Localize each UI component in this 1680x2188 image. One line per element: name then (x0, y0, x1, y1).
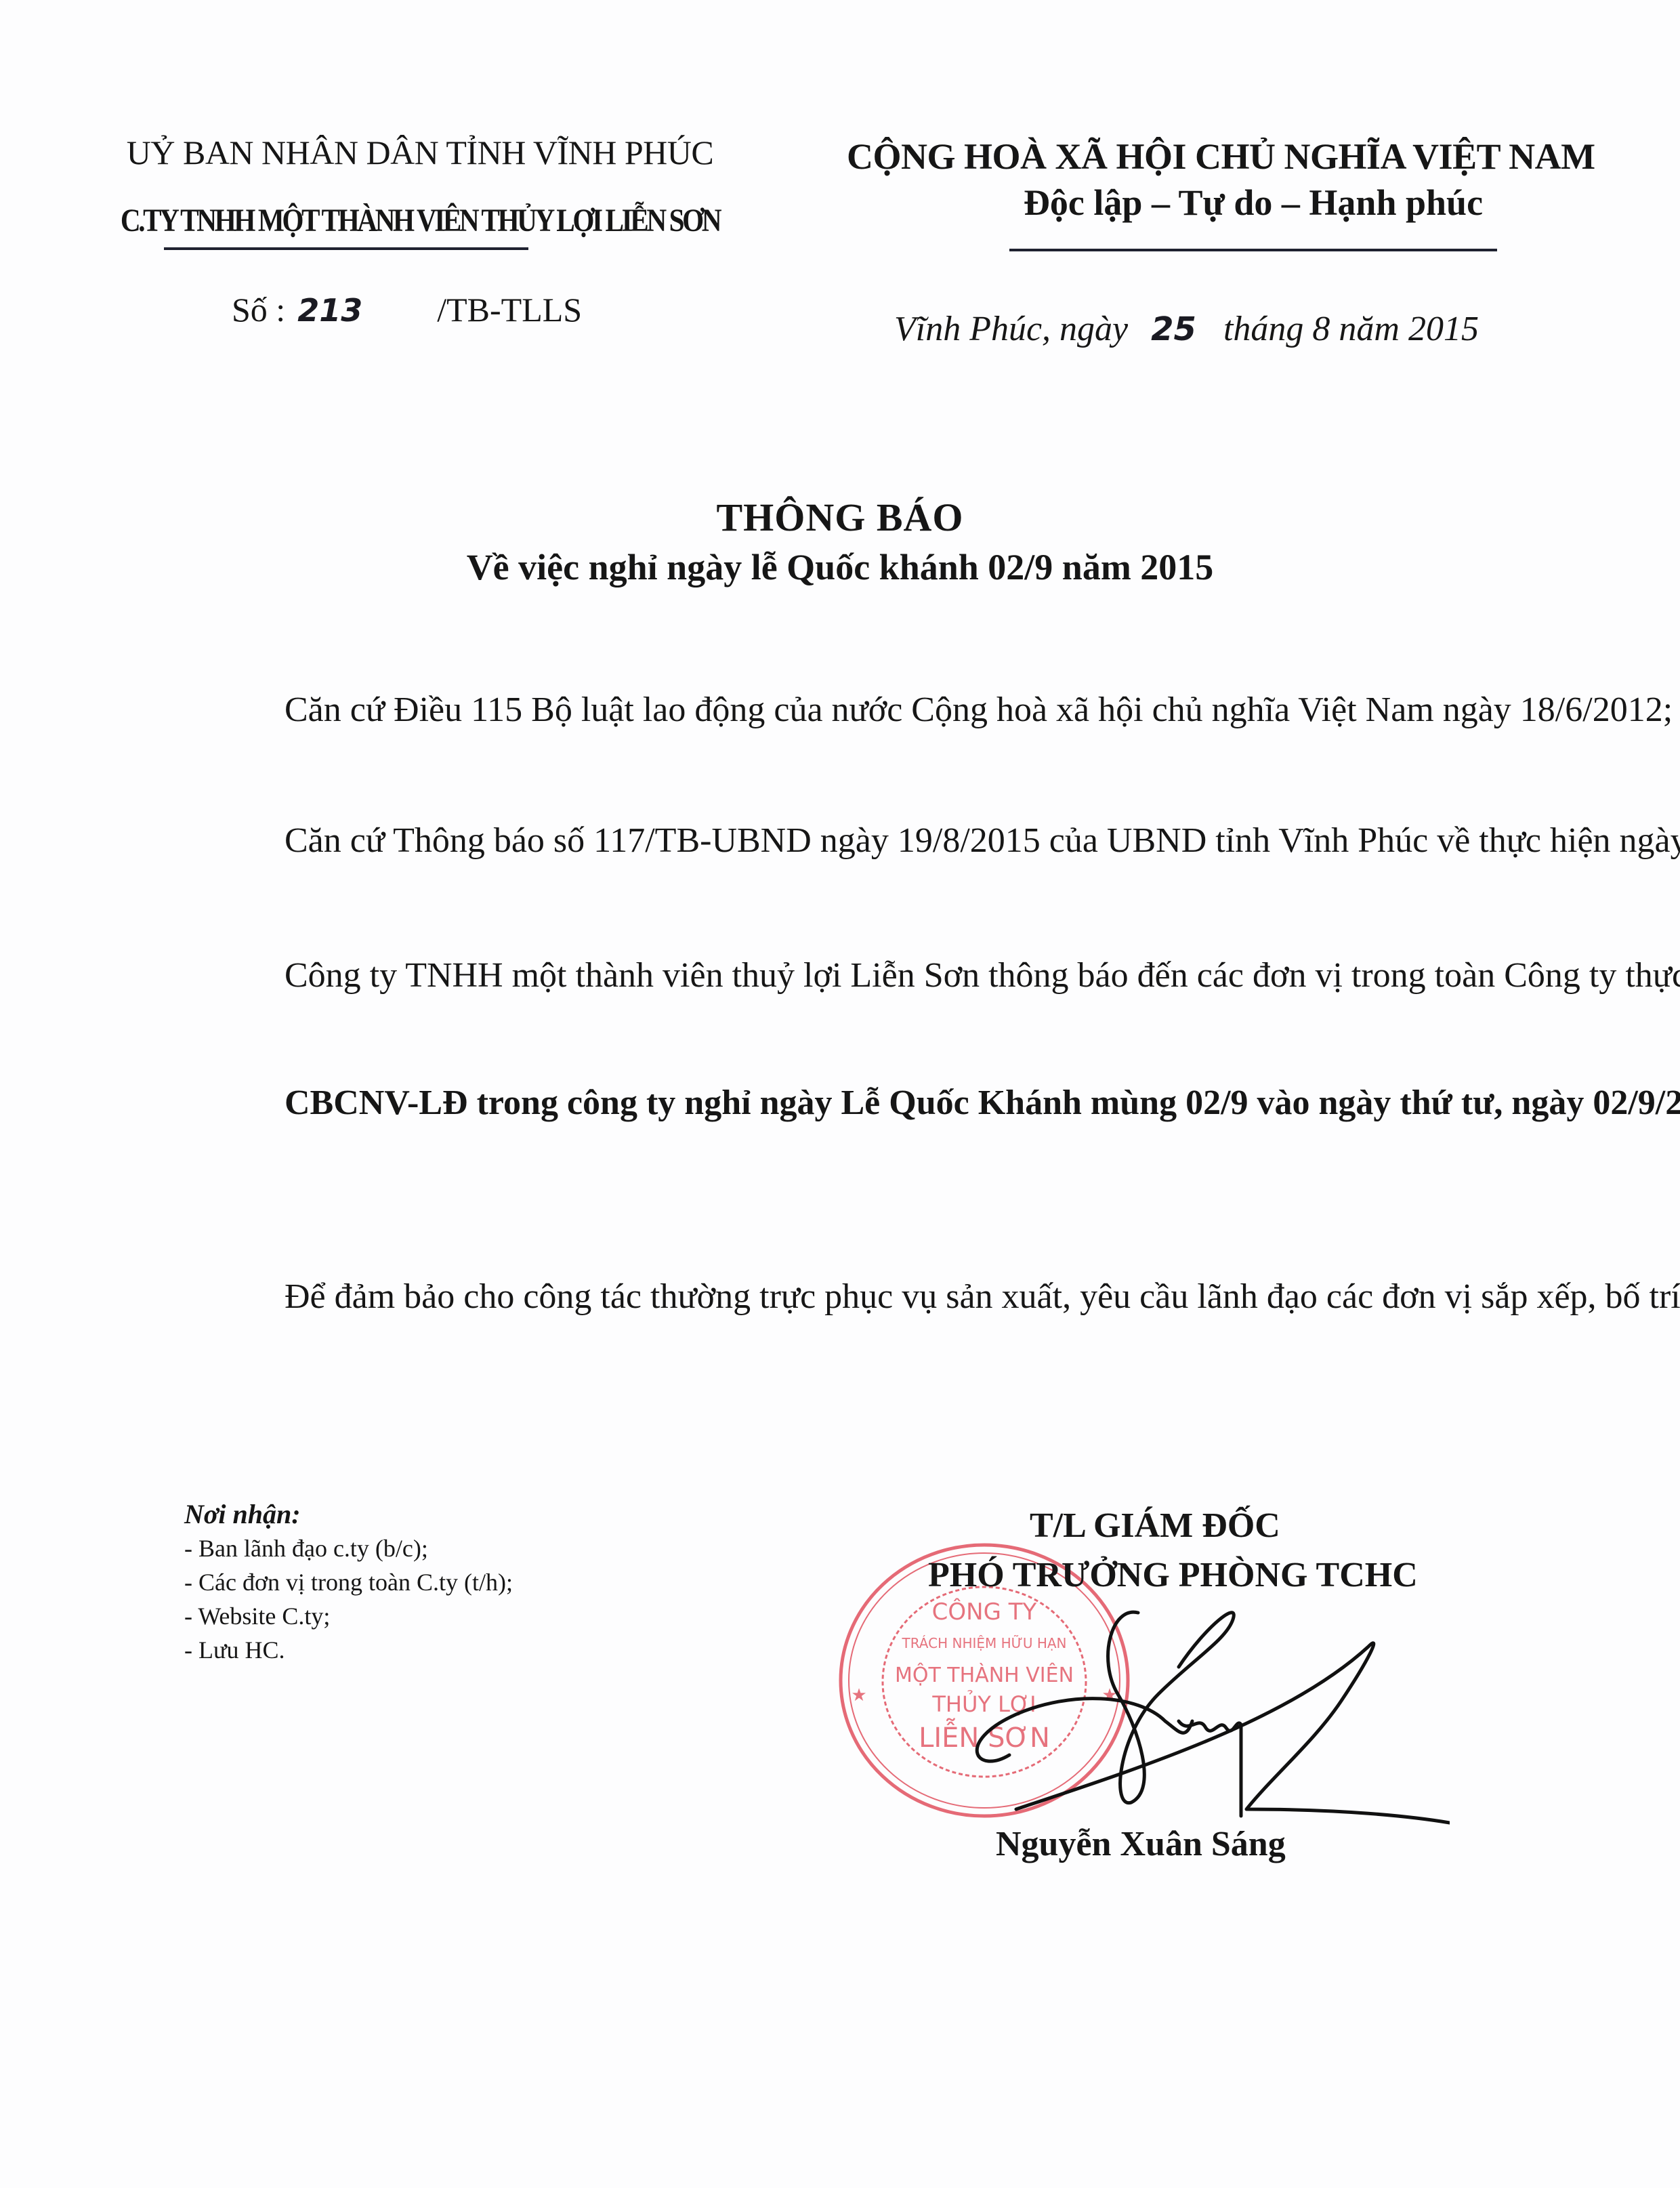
handwritten-number: 213 (297, 292, 362, 329)
handwritten-day: 25 (1151, 310, 1196, 348)
body-paragraph-4-bold: CBCNV-LĐ trong công ty nghỉ ngày Lễ Quốc… (183, 1071, 1500, 1136)
number-label: Số : (232, 291, 285, 329)
body-paragraph-2: Căn cứ Thông báo số 117/TB-UBND ngày 19/… (183, 808, 1500, 873)
recipients-block: Nơi nhận: - Ban lãnh đạo c.ty (b/c); - C… (184, 1498, 513, 1667)
national-motto: Độc lập – Tự do – Hạnh phúc (948, 182, 1558, 224)
paragraph-text: Căn cứ Điều 115 Bộ luật lao động của nướ… (183, 678, 1500, 743)
recipient-item: - Lưu HC. (184, 1633, 513, 1667)
company-name: C.TY TNHH MỘT THÀNH VIÊN THỦY LỢI LIỄN S… (82, 202, 758, 239)
paragraph-text: Công ty TNHH một thành viên thuỷ lợi Liễ… (183, 943, 1500, 1008)
document-title: THÔNG BÁO (0, 495, 1680, 540)
body-paragraph-1: Căn cứ Điều 115 Bộ luật lao động của nướ… (183, 678, 1500, 743)
recipients-list: - Ban lãnh đạo c.ty (b/c); - Các đơn vị … (184, 1531, 513, 1667)
signature-title-primary: T/L GIÁM ĐỐC (1030, 1506, 1280, 1546)
issuing-authority: UỶ BAN NHÂN DÂN TỈNH VĨNH PHÚC (108, 133, 732, 172)
document-date: Vĩnh Phúc, ngày25tháng 8 năm 2015 (894, 309, 1479, 349)
paragraph-text: Căn cứ Thông báo số 117/TB-UBND ngày 19/… (183, 808, 1500, 873)
document-number: Số :213/TB-TLLS (232, 290, 582, 329)
signature-title-secondary: PHÓ TRƯỞNG PHÒNG TCHC (928, 1555, 1418, 1595)
number-suffix: /TB-TLLS (437, 291, 582, 329)
paragraph-text: CBCNV-LĐ trong công ty nghỉ ngày Lễ Quốc… (183, 1071, 1500, 1136)
recipient-item: - Ban lãnh đạo c.ty (b/c); (184, 1531, 513, 1565)
document-subtitle: Về việc nghỉ ngày lễ Quốc khánh 02/9 năm… (0, 546, 1680, 588)
signatory-name: Nguyễn Xuân Sáng (996, 1824, 1286, 1864)
paragraph-text: Để đảm bảo cho công tác thường trực phục… (183, 1264, 1500, 1329)
date-suffix: tháng 8 năm 2015 (1223, 310, 1479, 348)
handwritten-signature (935, 1586, 1450, 1843)
date-prefix: Vĩnh Phúc, ngày (894, 310, 1128, 348)
header-right-underline (1009, 249, 1497, 251)
header-left-underline (164, 247, 528, 250)
body-paragraph-3: Công ty TNHH một thành viên thuỷ lợi Liễ… (183, 943, 1500, 1008)
body-paragraph-5: Để đảm bảo cho công tác thường trực phục… (183, 1264, 1500, 1329)
recipient-item: - Các đơn vị trong toàn C.ty (t/h); (184, 1565, 513, 1599)
svg-text:★: ★ (851, 1685, 866, 1706)
recipients-heading: Nơi nhận: (184, 1498, 513, 1531)
national-title: CỘNG HOÀ XÃ HỘI CHỦ NGHĨA VIỆT NAM (847, 136, 1608, 178)
recipient-item: - Website C.ty; (184, 1599, 513, 1633)
